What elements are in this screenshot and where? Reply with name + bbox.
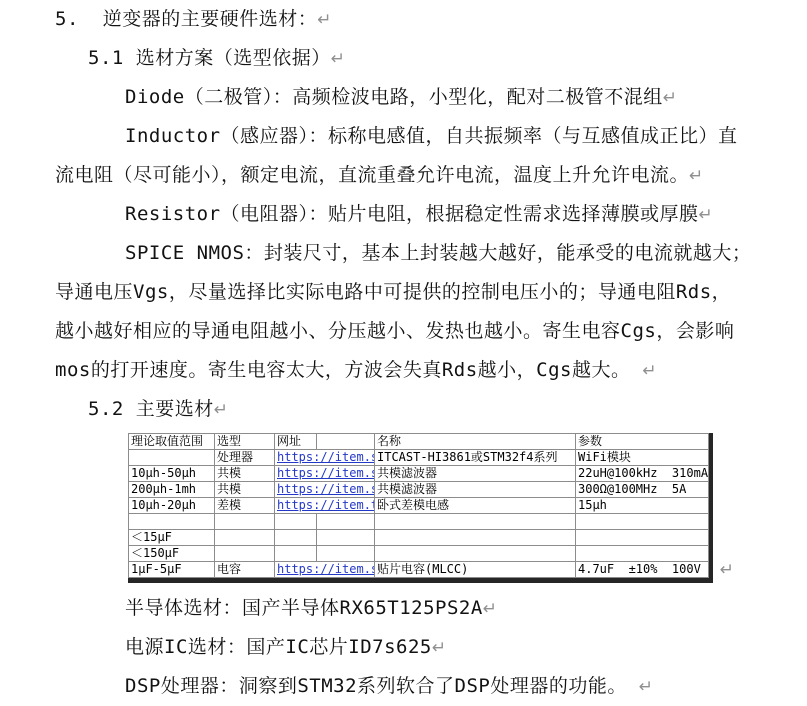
para-nmos-line-4: mos的打开速度。寄生电容太大，方波会失真Rds越小，Cgs越大。 ↵ xyxy=(55,351,807,390)
table-cell: 贴片电容(MLCC) xyxy=(375,562,576,578)
table-row xyxy=(129,514,709,530)
selection-table: 理论取值范围选型网址名称参数处理器https://item.szlcITCAST… xyxy=(128,433,713,583)
para-dsp: DSP处理器：洞察到STM32系列软合了DSP处理器的功能。 ↵ xyxy=(55,667,807,706)
table-row: 200μh-1mh共模https://item.szlc共模滤波器300Ω@10… xyxy=(129,482,709,498)
para-diode-text: Diode（二极管）：高频检波电路，小型化，配对二极管不混组 xyxy=(125,86,663,108)
table-row: 10μh-20μh差模https://item.taob卧式差模电感15μh xyxy=(129,498,709,514)
table-cell: WiFi模块 xyxy=(576,450,709,466)
table-cell: https://item.szlc xyxy=(275,482,375,498)
table-cell: 1μF-5μF xyxy=(129,562,215,578)
para-nmos-line-1: SPICE NMOS：封装尺寸，基本上封装越大越好，能承受的电流就越大； xyxy=(55,234,807,273)
paragraph-mark: ↵ xyxy=(663,88,677,108)
table-cell: 共模滤波器 xyxy=(375,482,576,498)
para-nmos-line-2: 导通电压Vgs，尽量选择比实际电路中可提供的控制电压小的；导通电阻Rds， xyxy=(55,273,807,312)
paragraph-mark: ↵ xyxy=(639,677,653,697)
heading-5-2: 5.2 主要选材↵ xyxy=(55,390,807,429)
paragraph-mark: ↵ xyxy=(317,10,331,30)
table-cell: 选型 xyxy=(215,434,275,450)
table-cell xyxy=(375,530,576,546)
table-cell: ＜15μF xyxy=(129,530,215,546)
para-resistor-text: Resistor（电阻器）：贴片电阻，根据稳定性需求选择薄膜或厚膜 xyxy=(125,203,699,225)
table-cell xyxy=(275,514,317,530)
table-cell xyxy=(275,530,317,546)
table-cell: https://item.szlc xyxy=(275,450,375,466)
paragraph-mark: ↵ xyxy=(483,599,497,619)
heading-5-text: 5. 逆变器的主要硬件选材： xyxy=(55,8,317,30)
table-cell: 共模 xyxy=(215,466,275,482)
para-inductor-line-1-text: Inductor（感应器）：标称电感值，自共振频率（与互感值成正比）直 xyxy=(125,125,738,147)
table-cell xyxy=(317,434,375,450)
table-link[interactable]: https://item.taob xyxy=(277,498,375,512)
paragraph-mark: ↵ xyxy=(642,361,656,381)
table-link[interactable]: https://item.szlc xyxy=(277,450,375,464)
table-cell xyxy=(375,546,576,562)
paragraph-mark: ↵ xyxy=(214,400,228,420)
para-resistor: Resistor（电阻器）：贴片电阻，根据稳定性需求选择薄膜或厚膜↵ xyxy=(55,195,807,234)
table-cell: ITCAST-HI3861或STM32f4系列 xyxy=(375,450,576,466)
table-cell: 4.7uF ±10% 100V xyxy=(576,562,709,578)
heading-5-1: 5.1 选材方案（选型依据）↵ xyxy=(55,39,807,78)
table-cell xyxy=(576,514,709,530)
component-selection-table: 理论取值范围选型网址名称参数处理器https://item.szlcITCAST… xyxy=(128,433,709,578)
paragraph-mark: ↵ xyxy=(720,562,734,578)
table-cell: 共模 xyxy=(215,482,275,498)
para-nmos-line-3: 越小越好相应的导通电阻越小、分压越小、发热也越小。寄生电容Cgs，会影响 xyxy=(55,312,807,351)
para-nmos-line-1-text: SPICE NMOS：封装尺寸，基本上封装越大越好，能承受的电流就越大； xyxy=(125,242,751,264)
table-cell xyxy=(317,514,375,530)
table-cell xyxy=(375,514,576,530)
paragraph-mark: ↵ xyxy=(689,166,703,186)
table-row: ＜150μF xyxy=(129,546,709,562)
table-cell: 300Ω@100MHz 5A xyxy=(576,482,709,498)
para-inductor-line-1: Inductor（感应器）：标称电感值，自共振频率（与互感值成正比）直 xyxy=(55,117,807,156)
table-cell xyxy=(576,546,709,562)
table-cell: https://item.szlc xyxy=(275,466,375,482)
table-link[interactable]: https://item.szlc xyxy=(277,482,375,496)
table-cell xyxy=(129,514,215,530)
para-semiconductor: 半导体选材：国产半导体RX65T125PS2A↵ xyxy=(55,589,807,628)
table-row: 处理器https://item.szlcITCAST-HI3861或STM32f… xyxy=(129,450,709,466)
table-cell xyxy=(317,530,375,546)
table-cell: 处理器 xyxy=(215,450,275,466)
table-cell: 参数 xyxy=(576,434,709,450)
heading-5-2-text: 5.2 主要选材 xyxy=(88,398,214,420)
table-cell xyxy=(129,450,215,466)
table-row: 理论取值范围选型网址名称参数 xyxy=(129,434,709,450)
table-cell: 卧式差模电感 xyxy=(375,498,576,514)
heading-5-1-text: 5.1 选材方案（选型依据） xyxy=(88,47,331,69)
text-block-bottom: 半导体选材：国产半导体RX65T125PS2A↵电源IC选材：国产IC芯片ID7… xyxy=(55,589,807,706)
table-cell: 差模 xyxy=(215,498,275,514)
table-cell: https://item.taob xyxy=(275,498,375,514)
table-link[interactable]: https://item.szlc xyxy=(277,562,375,576)
table-cell: 电容 xyxy=(215,562,275,578)
document-page: { "page": { "background": "#ffffff", "te… xyxy=(0,0,807,706)
para-inductor-line-2-text: 流电阻（尽可能小），额定电流，直流重叠允许电流，温度上升允许电流。 xyxy=(55,164,689,186)
table-cell xyxy=(317,546,375,562)
para-diode: Diode（二极管）：高频检波电路，小型化，配对二极管不混组↵ xyxy=(55,78,807,117)
table-row: ＜15μF xyxy=(129,530,709,546)
table-cell: https://item.szlc xyxy=(275,562,375,578)
table-cell xyxy=(215,530,275,546)
text-block-top: 5. 逆变器的主要硬件选材：↵5.1 选材方案（选型依据）↵Diode（二极管）… xyxy=(55,0,807,429)
table-cell: 理论取值范围 xyxy=(129,434,215,450)
table-cell: 15μh xyxy=(576,498,709,514)
para-dsp-text: DSP处理器：洞察到STM32系列软合了DSP处理器的功能。 xyxy=(125,675,639,697)
table-cell: 22uH@100kHz 310mA xyxy=(576,466,709,482)
table-cell: 名称 xyxy=(375,434,576,450)
para-inductor-line-2: 流电阻（尽可能小），额定电流，直流重叠允许电流，温度上升允许电流。↵ xyxy=(55,156,807,195)
para-power-ic: 电源IC选材：国产IC芯片ID7s625↵ xyxy=(55,628,807,667)
table-cell xyxy=(576,530,709,546)
para-semiconductor-text: 半导体选材：国产半导体RX65T125PS2A xyxy=(125,597,483,619)
table-cell: 10μh-20μh xyxy=(129,498,215,514)
para-nmos-line-2-text: 导通电压Vgs，尽量选择比实际电路中可提供的控制电压小的；导通电阻Rds， xyxy=(55,281,731,303)
paragraph-mark: ↵ xyxy=(331,49,345,69)
table-cell: 共模滤波器 xyxy=(375,466,576,482)
table-cell: 网址 xyxy=(275,434,317,450)
table-cell: 10μh-50μh xyxy=(129,466,215,482)
paragraph-mark: ↵ xyxy=(699,205,713,225)
table-row: 10μh-50μh共模https://item.szlc共模滤波器22uH@10… xyxy=(129,466,709,482)
table-link[interactable]: https://item.szlc xyxy=(277,466,375,480)
table-cell xyxy=(275,546,317,562)
paragraph-mark: ↵ xyxy=(432,638,446,658)
table-cell: 200μh-1mh xyxy=(129,482,215,498)
table-cell xyxy=(215,514,275,530)
document-body: 5. 逆变器的主要硬件选材：↵5.1 选材方案（选型依据）↵Diode（二极管）… xyxy=(0,0,807,706)
para-nmos-line-3-text: 越小越好相应的导通电阻越小、分压越小、发热也越小。寄生电容Cgs，会影响 xyxy=(55,320,734,342)
table-cell xyxy=(215,546,275,562)
para-nmos-line-4-text: mos的打开速度。寄生电容太大，方波会失真Rds越小，Cgs越大。 xyxy=(55,359,642,381)
table-cell: ＜150μF xyxy=(129,546,215,562)
para-power-ic-text: 电源IC选材：国产IC芯片ID7s625 xyxy=(125,636,432,658)
heading-5: 5. 逆变器的主要硬件选材：↵ xyxy=(55,0,807,39)
table-row: 1μF-5μF电容https://item.szlc贴片电容(MLCC)4.7u… xyxy=(129,562,709,578)
